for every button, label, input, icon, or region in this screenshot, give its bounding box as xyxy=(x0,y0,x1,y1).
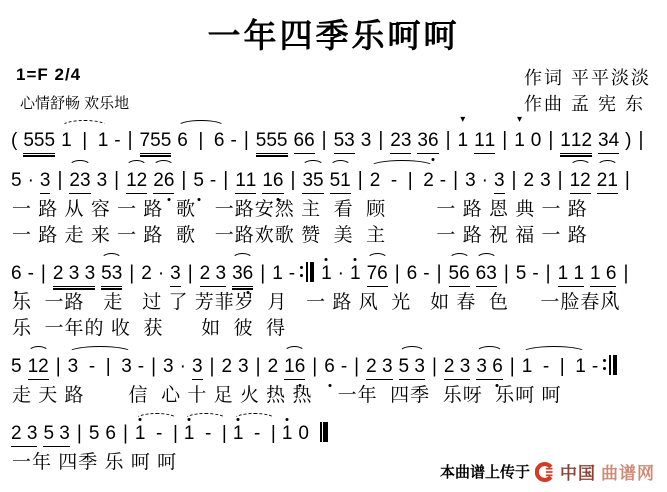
note-group: 5 3 xyxy=(399,356,425,380)
note-group: 1 1 xyxy=(558,263,584,287)
note-group: 3 xyxy=(170,263,181,287)
barline: | xyxy=(77,422,82,445)
note-group: 3 xyxy=(192,356,203,380)
note-group: 5 xyxy=(11,356,22,378)
note-group: 35 xyxy=(302,170,323,194)
note-group: 3 xyxy=(163,356,174,378)
header-meta: 1=F 2/4 心情舒畅 欢乐地 作词 平平淡淡 作曲 孟 宪 东 xyxy=(0,57,667,117)
note-group: 2 xyxy=(268,356,279,378)
song-title: 一年四季乐呵呵 xyxy=(0,0,667,57)
note-group: 2 3 xyxy=(366,356,392,380)
repeat-barline xyxy=(609,355,617,375)
note-group: 6 xyxy=(407,263,418,285)
barline: | xyxy=(437,262,442,285)
note-group: 23 xyxy=(390,130,411,154)
barline: | xyxy=(395,262,400,285)
barline: | xyxy=(188,262,193,285)
note-group: 3 xyxy=(97,170,108,192)
note-group: 34 xyxy=(598,130,619,154)
music-line-intro: (5551 | 1-|7556 | 6-|55566|533|2336|111|… xyxy=(0,117,667,157)
barline: | xyxy=(446,129,451,152)
music-line-verse-2: 6-|2 3 353|2·3|2 336|1-1·176|6-|5663|5-|… xyxy=(0,249,667,290)
barline: | xyxy=(510,355,515,378)
note-group: 6 xyxy=(105,423,116,445)
lyricist-credit: 作词 平平淡淡 xyxy=(524,65,651,91)
barline: | xyxy=(123,422,128,445)
note-group: 12 xyxy=(28,356,49,380)
note-group: 0 xyxy=(298,423,309,445)
note-group: 1 xyxy=(350,263,361,285)
note-group: 3 xyxy=(238,356,249,378)
barline: | xyxy=(291,169,296,192)
header-meta-left: 1=F 2/4 心情舒畅 欢乐地 xyxy=(16,65,129,113)
lyrics-row-4: 乐 一年的 收 获 如 彼 得 xyxy=(0,316,667,342)
note-group: ) xyxy=(625,130,631,152)
note-group: 6 xyxy=(11,263,22,285)
note-group: 0 xyxy=(531,130,542,152)
note-group: · xyxy=(482,170,488,192)
note-group: 555 xyxy=(256,130,288,154)
note-group: 755 xyxy=(140,130,172,154)
barline: | xyxy=(128,129,133,152)
site-name-light: 曲谱网 xyxy=(601,459,655,484)
note-group: - xyxy=(231,130,237,152)
note-group: 5 xyxy=(193,170,204,192)
barline: | xyxy=(181,169,186,192)
note-group: 3 xyxy=(465,170,476,192)
final-barline xyxy=(320,422,328,442)
note-group: - xyxy=(114,130,120,152)
note-group: 12 xyxy=(570,170,591,194)
note-group: 1 | 1 xyxy=(61,130,108,152)
note-group: 2 3 xyxy=(444,356,470,380)
note-group: 1 - | xyxy=(233,423,276,445)
note-group: ( xyxy=(11,130,17,152)
barline: | xyxy=(358,169,363,192)
note-group: · xyxy=(338,263,344,285)
sheet-music-page: 一年四季乐呵呵 1=F 2/4 心情舒畅 欢乐地 作词 平平淡淡 作曲 孟 宪 … xyxy=(0,0,667,492)
note-group: - xyxy=(138,356,144,378)
barline: | xyxy=(256,355,261,378)
note-group: 1 - | 1 xyxy=(522,356,586,378)
key-time-signature: 1=F 2/4 xyxy=(16,65,129,85)
note-group: 3 xyxy=(40,170,51,194)
barline: | xyxy=(151,355,156,378)
note-group: 1 xyxy=(321,263,332,285)
note-group: 53 xyxy=(101,263,122,287)
note-group: 2 xyxy=(141,263,152,285)
barline: | xyxy=(41,262,46,285)
music-line-verse-1: 5·3|233|1226|5-|1116|3551|2 - | 2-|3·3|2… xyxy=(0,157,667,197)
note-group: 2 3 xyxy=(11,423,37,447)
note-group: 2 xyxy=(523,170,534,192)
note-group: 1 xyxy=(282,423,293,445)
note-group: 76 xyxy=(367,263,388,287)
note-group: 6 | 6 xyxy=(177,130,224,152)
barline: | xyxy=(260,262,265,285)
lyrics-row-3: 乐 一路 走 过 了 芳菲岁 月 一 路 风 光 如 春 色 一脸春风 xyxy=(0,290,667,316)
barline: | xyxy=(453,169,458,192)
barline: | xyxy=(639,129,644,152)
barline: | xyxy=(504,262,509,285)
note-group: 5 xyxy=(516,263,527,285)
note-group: 51 xyxy=(330,170,351,194)
upload-text: 本曲谱上传于 xyxy=(440,461,530,482)
barline: | xyxy=(623,262,628,285)
barline: | xyxy=(56,355,61,378)
note-group: 11 xyxy=(474,130,495,154)
watermark-footer: 本曲谱上传于 中国 曲谱网 xyxy=(440,459,655,484)
note-group: 3 xyxy=(540,170,551,192)
note-group: 3 xyxy=(494,170,505,194)
barline: | xyxy=(546,262,551,285)
note-group: 6 xyxy=(324,356,335,378)
lyrics-row-1: 一 路 从 容 一 路 歌 一路安然 主 看 顾 一 路 恩 典 一 路 xyxy=(0,197,667,223)
note-group: 16 xyxy=(262,170,283,194)
barline: | xyxy=(502,129,507,152)
note-group: 2 xyxy=(221,356,232,378)
note-group: 26 xyxy=(153,170,174,194)
note-group: 3 6 xyxy=(476,356,502,380)
note-group: 53 xyxy=(334,130,355,154)
note-group: 21 xyxy=(597,170,618,194)
barline: | xyxy=(558,169,563,192)
barline: | xyxy=(512,169,517,192)
note-group: - xyxy=(341,356,347,378)
lyrics-row-5: 走 天 路 信 心 十 足 火 热 热 一年 四季 乐呀 乐呵 呵 xyxy=(0,383,667,409)
note-group: - xyxy=(532,263,538,285)
note-group: 16 xyxy=(284,356,305,380)
composer-credit: 作曲 孟 宪 东 xyxy=(524,91,651,117)
note-group: 36 xyxy=(417,130,438,154)
note-group: · xyxy=(180,356,186,378)
note-group: 1 xyxy=(272,263,283,285)
note-group: 1 - | xyxy=(184,423,227,445)
note-group: 12 xyxy=(126,170,147,194)
note-group: 1 - | xyxy=(135,423,178,445)
barline: | xyxy=(548,129,553,152)
note-group: 66 xyxy=(294,130,315,154)
note-group: 2 3 xyxy=(200,263,226,287)
barline: | xyxy=(378,129,383,152)
note-group: 23 xyxy=(69,170,90,194)
barline: | xyxy=(244,129,249,152)
note-group: 1 xyxy=(514,130,525,152)
note-group: 112 xyxy=(560,130,592,154)
music-line-chorus: 512|3 - | 3-|3·3|23|216|6-|2 35 3|2 33 6… xyxy=(0,342,667,383)
note-group: - xyxy=(423,263,429,285)
note-group: - xyxy=(210,170,216,192)
barline: | xyxy=(322,129,327,152)
barline: | xyxy=(129,262,134,285)
note-group: 5 3 xyxy=(43,423,69,447)
barline: | xyxy=(432,355,437,378)
note-group: 5 xyxy=(89,423,100,445)
note-group: 3 - | 3 xyxy=(68,356,132,378)
barline: | xyxy=(312,355,317,378)
note-group: 11 xyxy=(235,170,256,194)
music-line-coda: 2 35 3|56|1 - |1 - |1 - |10 xyxy=(0,409,667,450)
note-group: · xyxy=(28,170,34,192)
header-meta-right: 作词 平平淡淡 作曲 孟 宪 东 xyxy=(524,65,651,117)
repeat-barline xyxy=(306,262,314,282)
note-group: 1 xyxy=(458,130,469,152)
note-group: · xyxy=(158,263,164,285)
note-group: 5 xyxy=(11,170,22,192)
note-group: - xyxy=(289,263,295,285)
note-group: 36 xyxy=(232,263,253,287)
note-group: 2 - | 2 xyxy=(370,170,434,192)
qupu-site-logo-icon xyxy=(535,462,555,482)
lyrics-row-2: 一 路 走 来 一 路 歌 一路欢歌 赞 美 主 一 路 祝 福 一 路 xyxy=(0,223,667,249)
note-group: - xyxy=(592,356,598,378)
note-group: 63 xyxy=(476,263,497,287)
barline: | xyxy=(354,355,359,378)
note-group: 1 6 xyxy=(590,263,616,287)
barline: | xyxy=(625,169,630,192)
site-name-bold: 中国 xyxy=(560,459,596,484)
note-group: 56 xyxy=(449,263,470,287)
note-group: 2 3 3 xyxy=(53,263,95,287)
barline: | xyxy=(57,169,62,192)
note-group: 3 xyxy=(361,130,372,152)
mood-marking: 心情舒畅 欢乐地 xyxy=(16,92,129,113)
barline: | xyxy=(210,355,215,378)
note-group: - xyxy=(440,170,446,192)
barline: | xyxy=(114,169,119,192)
barline: | xyxy=(223,169,228,192)
note-group: 555 xyxy=(23,130,55,154)
note-group: - xyxy=(28,263,34,285)
